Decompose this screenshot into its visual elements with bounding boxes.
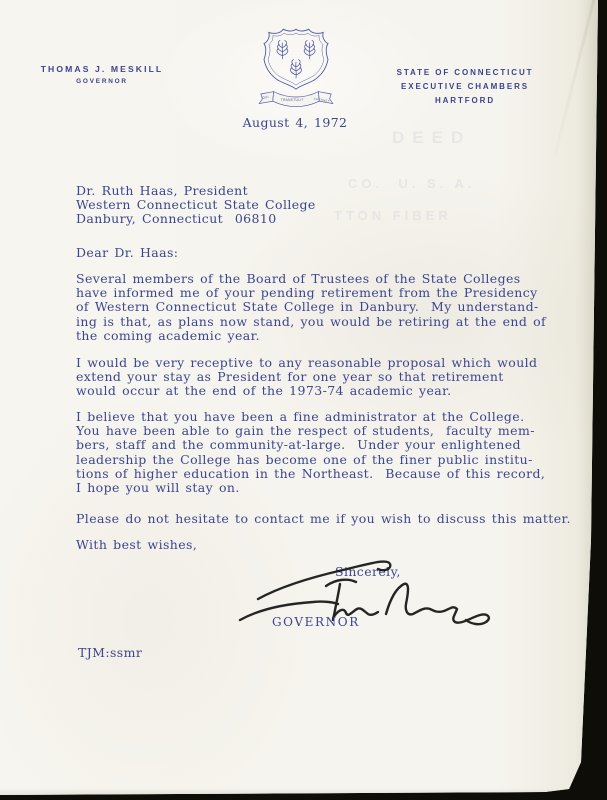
body-line: I hope you will stay on. xyxy=(76,481,545,495)
seal-motto-center: TRANSTULIT xyxy=(281,98,304,102)
connecticut-state-seal-icon: QUI TRANSTULIT SUSTINET xyxy=(256,25,336,115)
body-line: I believe that you have been a fine admi… xyxy=(76,410,545,424)
body-line: I would be very receptive to any reasona… xyxy=(76,356,537,370)
letterhead-office-block: STATE OF CONNECTICUT EXECUTIVE CHAMBERS … xyxy=(388,66,542,108)
recipient-line: Western Connecticut State College xyxy=(76,198,316,212)
salutation: Dear Dr. Haas: xyxy=(76,246,178,260)
body-line: leadership the College has become one of… xyxy=(76,453,545,467)
closing-line: With best wishes, xyxy=(76,538,197,552)
body-paragraph: Several members of the Board of Trustees… xyxy=(76,272,546,343)
letter-date: August 4, 1972 xyxy=(172,116,418,130)
paper-bottom-shading xyxy=(0,788,607,798)
body-paragraph: Please do not hesitate to contact me if … xyxy=(76,512,571,526)
scanned-letter-page: DEED CO. U. S. A. TTON FIBER THOMAS J. M… xyxy=(0,0,607,800)
recipient-line: Danbury, Connecticut 06810 xyxy=(76,212,316,226)
letter-paper: DEED CO. U. S. A. TTON FIBER THOMAS J. M… xyxy=(0,0,607,800)
body-line: of Western Connecticut State College in … xyxy=(76,300,546,314)
body-line: ing is that, as plans now stand, you wou… xyxy=(76,315,546,329)
office-line: EXECUTIVE CHAMBERS xyxy=(388,80,542,94)
office-line: STATE OF CONNECTICUT xyxy=(388,66,542,80)
typist-initials: TJM:ssmr xyxy=(78,646,142,660)
paper-edge-shading xyxy=(575,0,601,800)
body-line: tions of higher education in the Northea… xyxy=(76,467,545,481)
paper-watermark-line: CO. U. S. A. xyxy=(348,176,475,191)
body-line: You have been able to gain the respect o… xyxy=(76,424,545,438)
body-line: the coming academic year. xyxy=(76,329,546,343)
letterhead-sender-block: THOMAS J. MESKILL GOVERNOR xyxy=(30,64,174,85)
body-line: Please do not hesitate to contact me if … xyxy=(76,512,571,526)
recipient-line: Dr. Ruth Haas, President xyxy=(76,184,316,198)
recipient-address-block: Dr. Ruth Haas, President Western Connect… xyxy=(76,184,316,227)
body-paragraph: I would be very receptive to any reasona… xyxy=(76,356,537,399)
body-line: bers, staff and the community-at-large. … xyxy=(76,438,545,452)
body-line: have informed me of your pending retirem… xyxy=(76,286,546,300)
sender-title: GOVERNOR xyxy=(30,78,174,85)
body-line: would occur at the end of the 1973-74 ac… xyxy=(76,384,537,398)
body-paragraph: I believe that you have been a fine admi… xyxy=(76,410,545,495)
office-line: HARTFORD xyxy=(388,94,542,108)
body-line: Several members of the Board of Trustees… xyxy=(76,272,546,286)
body-line: extend your stay as President for one ye… xyxy=(76,370,537,384)
paper-watermark-line: DEED xyxy=(392,128,471,148)
signature-title: GOVERNOR xyxy=(272,615,360,629)
paper-watermark-line: TTON FIBER xyxy=(334,208,452,223)
sender-name: THOMAS J. MESKILL xyxy=(30,64,174,74)
